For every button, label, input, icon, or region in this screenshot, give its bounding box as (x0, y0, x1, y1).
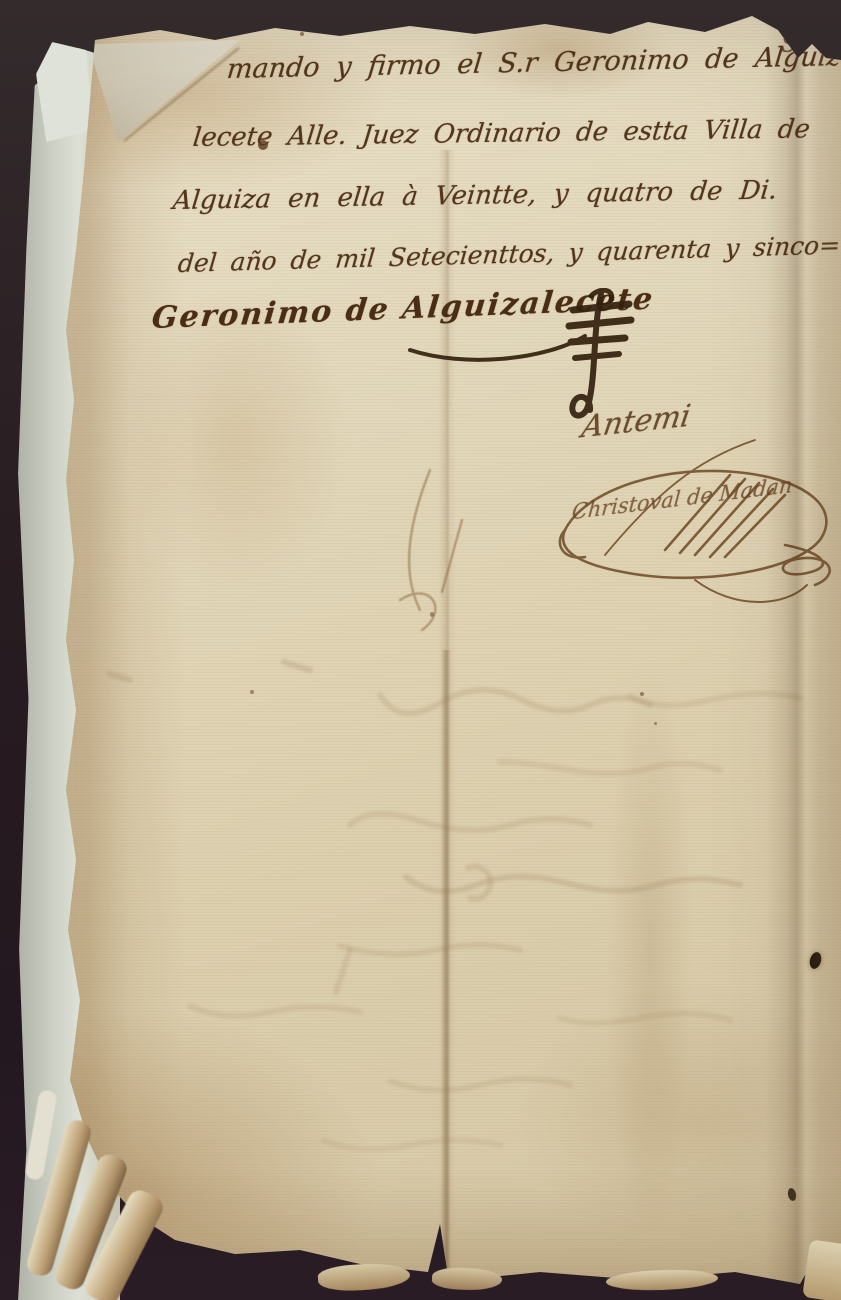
notary-signature-flourish (545, 435, 841, 610)
ink-blot (258, 140, 268, 150)
underlying-page-corner (36, 42, 94, 142)
underlying-page-sliver (802, 1239, 841, 1300)
pen-trial-marks (370, 460, 530, 680)
manuscript-page: mando y firmo el S.r Geronimo de Alguiza… (0, 0, 841, 1300)
ink-bleedthrough-ghost (70, 650, 830, 1250)
manuscript-line-2: lecete Alle. Juez Ordinario de estta Vil… (191, 114, 811, 153)
ink-speck (300, 32, 304, 36)
manuscript-line-1: mando y firmo el S.r Geronimo de Alguiza… (225, 41, 841, 85)
ink-speck (430, 612, 434, 617)
torn-edge-fragment (317, 1261, 411, 1293)
manuscript-photo: mando y firmo el S.r Geronimo de Alguiza… (0, 0, 841, 1300)
manuscript-line-4: del año de mil Setecienttos, y quarenta … (177, 230, 841, 278)
ink-speck (640, 692, 644, 696)
ink-speck (654, 722, 657, 725)
manuscript-line-3: Alguiza en ella à Veintte, y quatro de D… (171, 175, 778, 216)
ink-speck (250, 690, 254, 694)
folio-number: 9 (779, 24, 802, 61)
